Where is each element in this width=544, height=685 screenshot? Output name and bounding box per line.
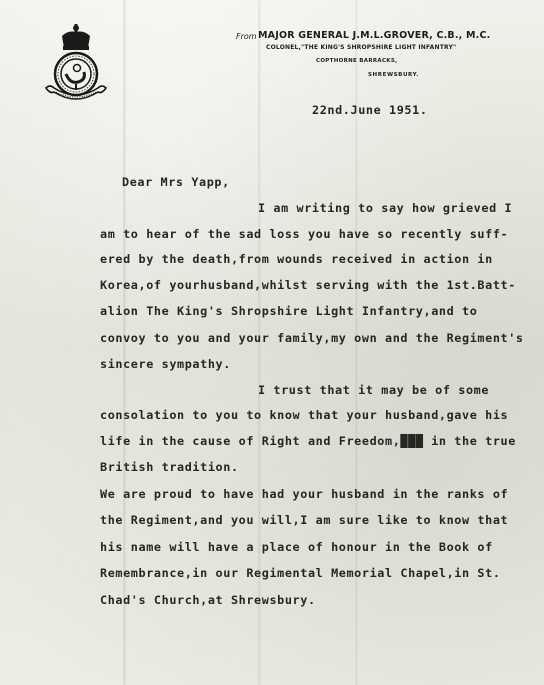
letter-page: From MAJOR GENERAL J.M.L.GROVER, C.B., M… <box>0 0 544 685</box>
body-line: alion The King's Shropshire Light Infant… <box>100 304 477 318</box>
letterhead-address-line1: COPTHORNE BARRACKS, <box>316 58 398 64</box>
body-line: the Regiment,and you will,I am sure like… <box>100 513 508 527</box>
body-line: convoy to you and your family,my own and… <box>100 331 524 345</box>
body-line: consolation to you to know that your hus… <box>100 408 508 422</box>
body-line: life in the cause of Right and Freedom,█… <box>100 434 516 448</box>
body-line: his name will have a place of honour in … <box>100 540 493 554</box>
body-line: sincere sympathy. <box>100 357 231 371</box>
body-line: am to hear of the sad loss you have so r… <box>100 227 508 241</box>
body-line: British tradition. <box>100 460 239 474</box>
regimental-crest-icon <box>40 22 112 106</box>
letterhead-from: From <box>236 32 257 41</box>
letterhead-sender-title: COLONEL,"THE KING'S SHROPSHIRE LIGHT INF… <box>266 44 456 51</box>
salutation: Dear Mrs Yapp, <box>122 175 230 189</box>
letterhead-sender-name: MAJOR GENERAL J.M.L.GROVER, C.B., M.C. <box>258 30 490 41</box>
body-line: I am writing to say how grieved I <box>258 201 512 215</box>
letter-date: 22nd.June 1951. <box>312 103 428 117</box>
body-line: We are proud to have had your husband in… <box>100 487 508 501</box>
letterhead-address-line2: SHREWSBURY. <box>368 72 419 78</box>
body-line: Remembrance,in our Regimental Memorial C… <box>100 566 501 580</box>
body-line: Chad's Church,at Shrewsbury. <box>100 593 316 607</box>
body-line: Korea,of yourhusband,whilst serving with… <box>100 278 516 292</box>
body-line: ered by the death,from wounds received i… <box>100 252 493 266</box>
body-line: I trust that it may be of some <box>258 383 489 397</box>
